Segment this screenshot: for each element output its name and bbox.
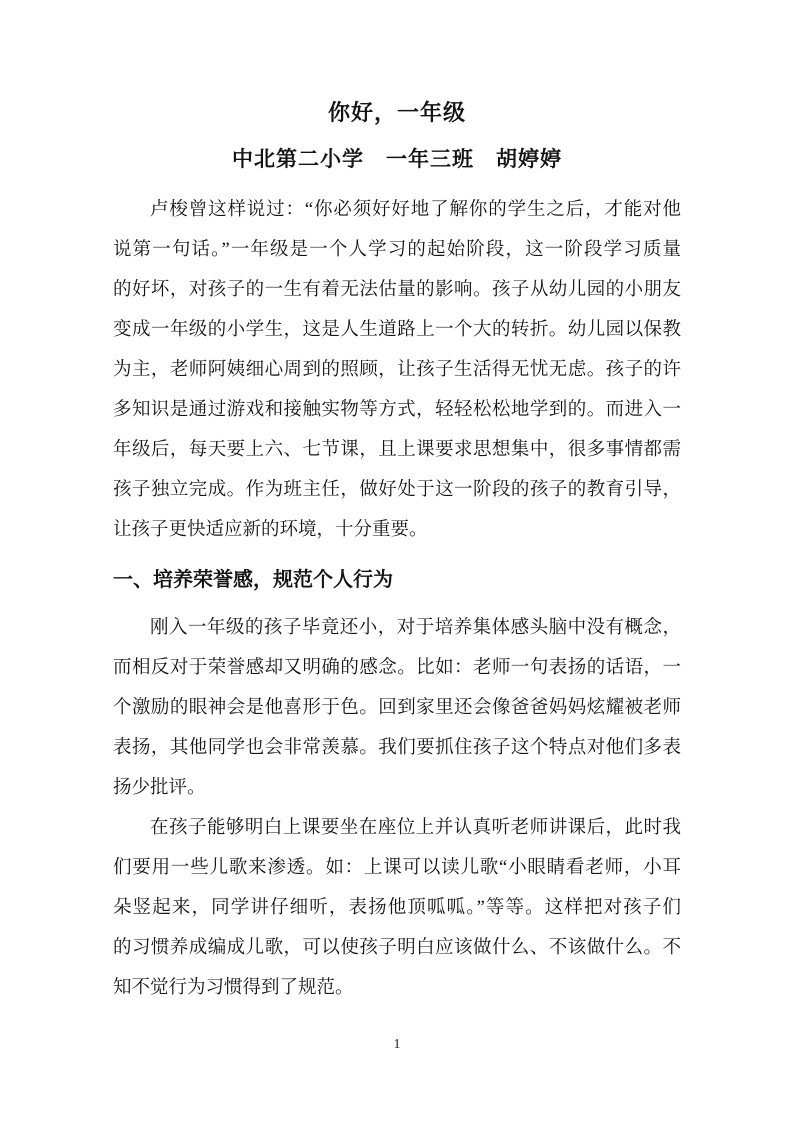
doc-title: 你好，一年级 (0, 97, 794, 129)
paragraph-line: 变成一年级的小学生，这是人生道路上一个大的转折。幼儿园以保教 (113, 310, 681, 350)
paragraph-line: 说第一句话。”一年级是一个人学习的起始阶段，这一阶段学习质量 (113, 230, 681, 270)
paragraph-line: 卢梭曾这样说过：“你必须好好地了解你的学生之后，才能对他 (113, 190, 681, 230)
paragraph-line: 个激励的眼神会是他喜形于色。回到家里还会像爸爸妈妈炫耀被老师 (113, 688, 681, 728)
doc-byline: 中北第二小学 一年三班 胡婷婷 (0, 144, 794, 176)
page-number: 1 (0, 1035, 794, 1055)
paragraph-line: 让孩子更快适应新的环境，十分重要。 (113, 510, 681, 550)
document-body: 卢梭曾这样说过：“你必须好好地了解你的学生之后，才能对他 说第一句话。”一年级是… (113, 190, 681, 1008)
paragraph-line: 表扬，其他同学也会非常羡慕。我们要抓住孩子这个特点对他们多表 (113, 728, 681, 768)
paragraph-line: 朵竖起来，同学讲仔细听，表扬他顶呱呱。”等等。这样把对孩子们 (113, 888, 681, 928)
paragraph-line: 为主，老师阿姨细心周到的照顾，让孩子生活得无忧无虑。孩子的许 (113, 350, 681, 390)
paragraph-line: 多知识是通过游戏和接触实物等方式，轻轻松松地学到的。而进入一 (113, 390, 681, 430)
paragraph-line: 而相反对于荣誉感却又明确的感念。比如：老师一句表扬的话语，一 (113, 648, 681, 688)
paragraph-line: 扬少批评。 (113, 768, 681, 808)
paragraph-line: 的好坏，对孩子的一生有着无法估量的影响。孩子从幼儿园的小朋友 (113, 270, 681, 310)
paragraph-line: 刚入一年级的孩子毕竟还小，对于培养集体感头脑中没有概念， (113, 608, 681, 648)
paragraph-line: 们要用一些儿歌来渗透。如：上课可以读儿歌“小眼睛看老师，小耳 (113, 848, 681, 888)
paragraph-line: 在孩子能够明白上课要坐在座位上并认真听老师讲课后，此时我 (113, 808, 681, 848)
paragraph-line: 孩子独立完成。作为班主任，做好处于这一阶段的孩子的教育引导， (113, 470, 681, 510)
section-heading: 一、培养荣誉感，规范个人行为 (113, 558, 681, 602)
paragraph-line: 年级后，每天要上六、七节课，且上课要求思想集中，很多事情都需 (113, 430, 681, 470)
document-page: 你好，一年级 中北第二小学 一年三班 胡婷婷 卢梭曾这样说过：“你必须好好地了解… (0, 0, 794, 1122)
paragraph-line: 的习惯养成编成儿歌，可以使孩子明白应该做什么、不该做什么。不 (113, 928, 681, 968)
paragraph-line: 知不觉行为习惯得到了规范。 (113, 968, 681, 1008)
